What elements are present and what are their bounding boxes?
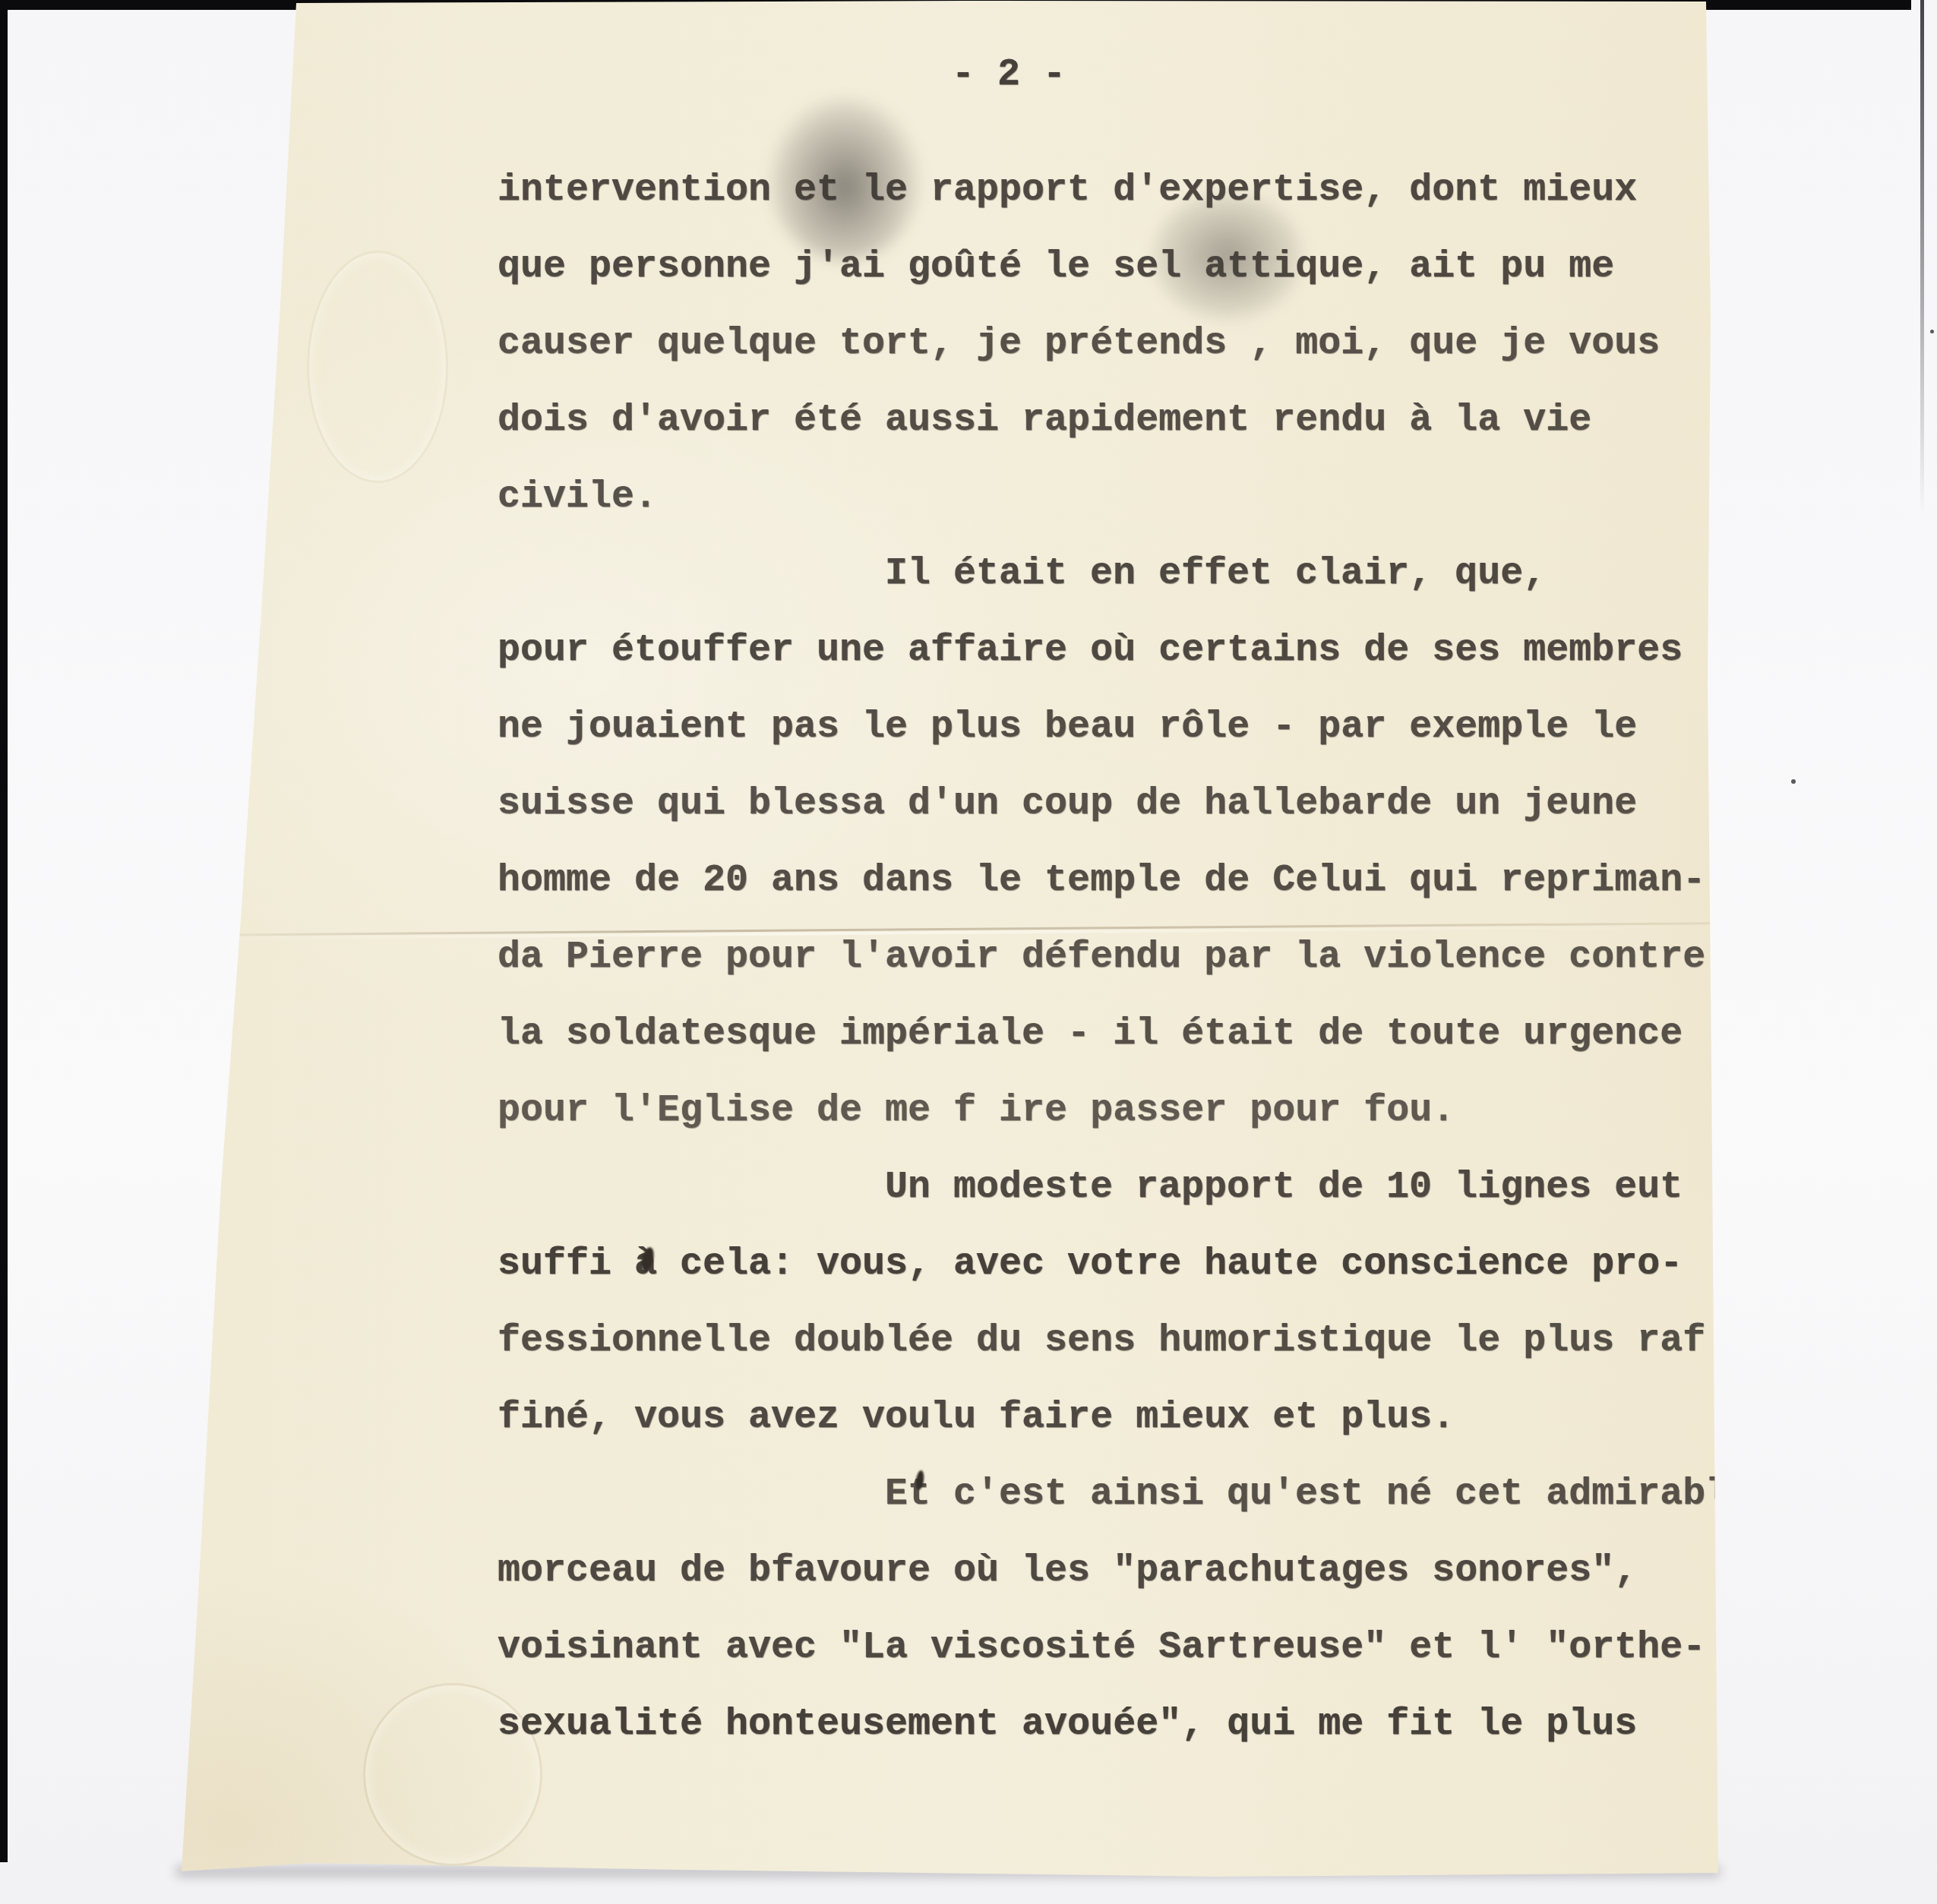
- text-line-4: dois d'avoir été aussi rapidement rendu …: [498, 382, 1789, 459]
- text-line-17: finé, vous avez voulu faire mieux et plu…: [498, 1379, 1789, 1456]
- page-number-header: - 2 -: [952, 36, 1066, 113]
- scanner-left-edge-strip: [0, 0, 8, 1862]
- text-line-21: sexualité honteusement avouée", qui me f…: [498, 1686, 1789, 1763]
- text-line-3: causer quelque tort, je prétends , moi, …: [498, 305, 1789, 382]
- dust-speck: [1791, 779, 1796, 784]
- text-line-16: fessionnelle doublée du sens humoristiqu…: [498, 1302, 1789, 1379]
- scanner-right-edge-line: [1920, 0, 1924, 516]
- text-line-6: Il était en effet clair, que,: [498, 535, 1937, 612]
- text-line-15: suffi à cela: vous, avec votre haute con…: [498, 1226, 1789, 1302]
- dust-speck: [1930, 330, 1934, 333]
- letter-page: - 2 - intervention et le rapport d'exper…: [0, 0, 1937, 1904]
- text-line-8: ne jouaient pas le plus beau rôle - par …: [498, 689, 1789, 766]
- text-line-20: voisinant avec "La viscosité Sartreuse" …: [498, 1609, 1789, 1686]
- text-line-19: morceau de bfavoure où les "parachutages…: [498, 1533, 1789, 1609]
- text-line-11: da Pierre pour l'avoir défendu par la vi…: [498, 919, 1789, 996]
- text-line-5: civile.: [498, 459, 1789, 535]
- scanned-page-canvas: - 2 - intervention et le rapport d'exper…: [0, 0, 1937, 1904]
- text-line-2: que personne j'ai goûté le sel attique, …: [498, 229, 1789, 305]
- ink-smudge: [1152, 191, 1303, 320]
- text-line-14: Un modeste rapport de 10 lignes eut: [498, 1149, 1937, 1226]
- text-line-1: intervention et le rapport d'expertise, …: [498, 152, 1789, 229]
- text-line-13: pour l'Eglise de me f ire passer pour fo…: [498, 1072, 1789, 1149]
- text-line-18: Et c'est ainsi qu'est né cet admirable: [498, 1456, 1937, 1533]
- text-line-10: homme de 20 ans dans le temple de Celui …: [498, 842, 1789, 919]
- text-line-9: suisse qui blessa d'un coup de hallebard…: [498, 766, 1789, 842]
- text-line-12: la soldatesque impériale - il était de t…: [498, 996, 1789, 1072]
- embossed-seal-mark: [307, 251, 448, 483]
- ink-smudge: [769, 97, 921, 260]
- text-line-7: pour étouffer une affaire où certains de…: [498, 612, 1789, 689]
